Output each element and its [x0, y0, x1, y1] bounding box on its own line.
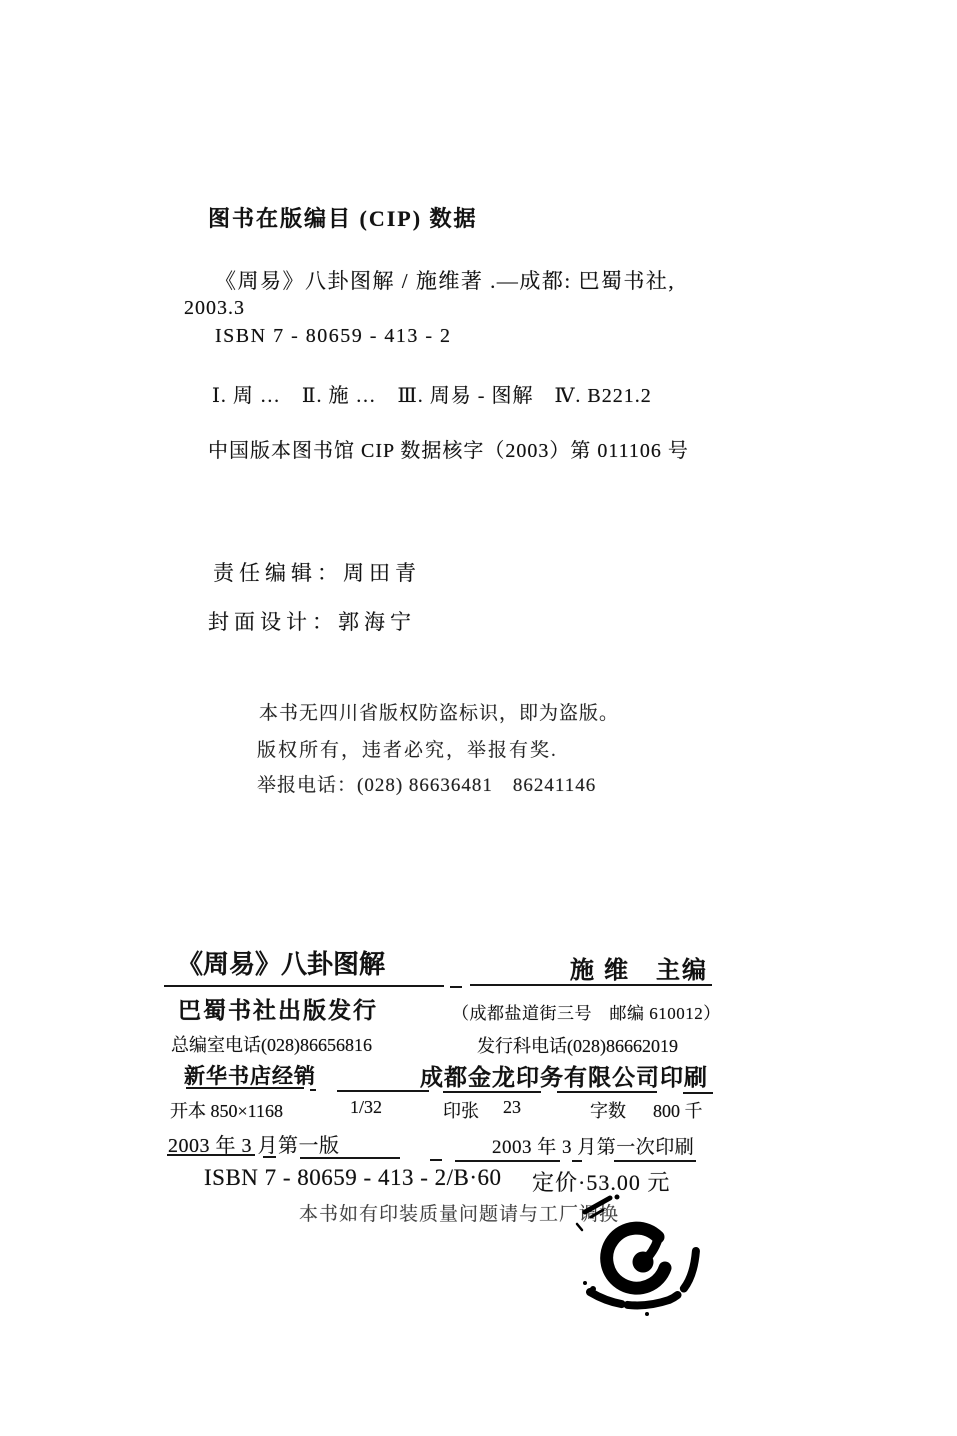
printer-line: 成都金龙印务有限公司印刷	[420, 1059, 708, 1092]
cip-entry-line2: 2003.3	[184, 297, 245, 320]
cip-header: 图书在版编目 (CIP) 数据	[208, 202, 478, 233]
rule-segment	[167, 1154, 255, 1156]
format-spec: 开本 850×1168	[170, 1097, 283, 1123]
report-phone-line: 举报电话：(028) 86636481 86241146	[257, 770, 596, 797]
printed-sheets-label: 印张	[443, 1097, 479, 1123]
rule-segment	[455, 1160, 560, 1162]
cip-entry-line1: 《周易》八卦图解 / 施维著 .—成都: 巴蜀书社,	[215, 265, 675, 295]
rule-segment	[300, 1157, 400, 1159]
chief-editor: 施 维 主编	[570, 950, 708, 985]
isbn-price-isbn: ISBN 7 - 80659 - 413 - 2/B·60	[204, 1165, 502, 1191]
rule-segment	[572, 1160, 582, 1162]
rule-segment	[557, 1091, 657, 1093]
distributor-line: 新华书店经销	[184, 1060, 316, 1090]
rule-segment	[186, 1087, 304, 1089]
rule-segment	[164, 985, 444, 987]
book-copyright-page: 图书在版编目 (CIP) 数据 《周易》八卦图解 / 施维著 .—成都: 巴蜀书…	[0, 0, 957, 1436]
rule-segment	[310, 1089, 316, 1091]
responsible-editor-label: 责任编辑：	[213, 561, 343, 585]
responsible-editor-line: 责任编辑：周田青	[213, 557, 421, 587]
editorial-office-phone: 总编室电话(028)86656816	[171, 1031, 372, 1057]
printing-line: 2003 年 3 月第一次印刷	[492, 1132, 694, 1159]
word-count-label: 字数	[590, 1097, 626, 1123]
rule-segment	[263, 1156, 276, 1158]
printed-sheets-value: 23	[503, 1097, 521, 1118]
cover-designer-name: 郭海宁	[338, 610, 416, 634]
responsible-editor-name: 周田青	[343, 561, 421, 585]
spiral-ink-stamp-icon	[555, 1190, 725, 1330]
format-fraction: 1/32	[350, 1097, 382, 1118]
rule-segment	[450, 986, 462, 988]
distribution-dept-phone: 发行科电话(028)86662019	[477, 1032, 678, 1058]
rule-segment	[470, 984, 712, 986]
book-title: 《周易》八卦图解	[177, 944, 385, 981]
publisher-address: （成都盐道街三号 邮编 610012）	[452, 999, 721, 1024]
anti-piracy-line1: 本书无四川省版权防盗标识，即为盗版。	[259, 698, 619, 725]
cip-classification: Ⅰ. 周 … Ⅱ. 施 … Ⅲ. 周易 - 图解 Ⅳ. B221.2	[212, 379, 652, 408]
cover-designer-line: 封面设计：郭海宁	[208, 606, 416, 636]
publisher-line: 巴蜀书社出版发行	[178, 992, 378, 1025]
cover-designer-label: 封面设计：	[208, 610, 338, 634]
rule-segment	[614, 1160, 696, 1162]
cip-entry-isbn: ISBN 7 - 80659 - 413 - 2	[215, 325, 452, 348]
cip-record-number: 中国版本图书馆 CIP 数据核字（2003）第 011106 号	[208, 434, 689, 463]
word-count-value: 800 千	[653, 1097, 703, 1123]
anti-piracy-line2: 版权所有，违者必究，举报有奖.	[257, 735, 558, 762]
rule-segment	[683, 1092, 713, 1094]
rule-segment	[337, 1090, 429, 1092]
rule-segment	[443, 1091, 541, 1093]
rule-segment	[430, 1159, 442, 1161]
